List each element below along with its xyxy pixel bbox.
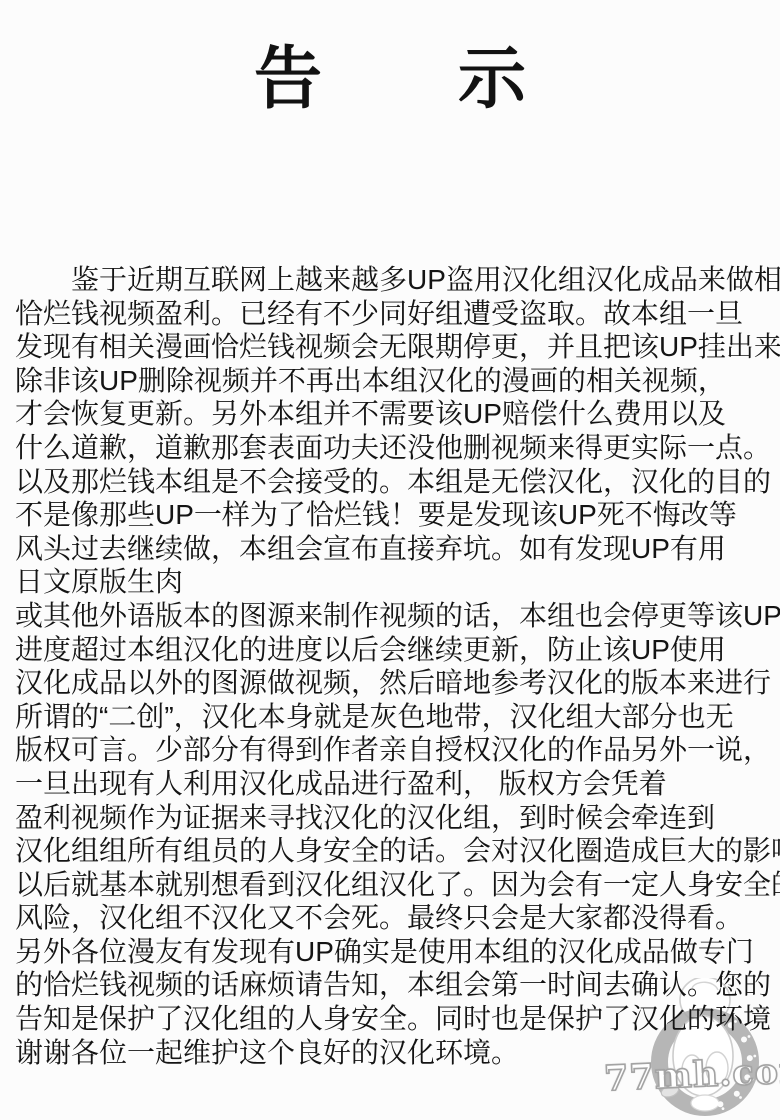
body-line: 风险，汉化组不汉化又不会死。最终只会是大家都没得看。 xyxy=(15,901,778,935)
body-line: 以及那烂钱本组是不会接受的。本组是无偿汉化，汉化的目的 xyxy=(15,465,778,499)
body-line: 谢谢各位一起维护这个良好的汉化环境。 xyxy=(15,1036,778,1070)
body-line: 所谓的“二创”，汉化本身就是灰色地带，汉化组大部分也无 xyxy=(15,700,778,734)
body-line: 汉化成品以外的图源做视频，然后暗地参考汉化的版本来进行 xyxy=(15,666,778,700)
body-line: 才会恢复更新。另外本组并不需要该UP赔偿什么费用以及 xyxy=(15,397,778,431)
notice-page: 告 示 鉴于近期互联网上越来越多UP盗用汉化组汉化成品来做相关恰烂钱视频盈利。已… xyxy=(0,0,780,1120)
body-line: 另外各位漫友有发现有UP确实是使用本组的汉化成品做专门 xyxy=(15,935,778,969)
body-line: 日文原版生肉 xyxy=(15,565,778,599)
body-line: 鉴于近期互联网上越来越多UP盗用汉化组汉化成品来做相关 xyxy=(15,263,778,297)
notice-body: 鉴于近期互联网上越来越多UP盗用汉化组汉化成品来做相关恰烂钱视频盈利。已经有不少… xyxy=(15,263,778,1069)
body-line: 的恰烂钱视频的话麻烦请告知，本组会第一时间去确认。您的 xyxy=(15,968,778,1002)
body-line: 告知是保护了汉化组的人身安全。同时也是保护了汉化的环境 xyxy=(15,1002,778,1036)
body-line: 版权可言。少部分有得到作者亲自授权汉化的作品另外一说， xyxy=(15,733,778,767)
body-line: 进度超过本组汉化的进度以后会继续更新，防止该UP使用 xyxy=(15,633,778,667)
body-line: 什么道歉，道歉那套表面功夫还没他删视频来得更实际一点。 xyxy=(15,431,778,465)
body-line: 发现有相关漫画恰烂钱视频会无限期停更，并且把该UP挂出来， xyxy=(15,330,778,364)
body-line: 一旦出现有人利用汉化成品进行盈利， 版权方会凭着 xyxy=(15,767,778,801)
body-line: 盈利视频作为证据来寻找汉化的汉化组，到时候会牵连到 xyxy=(15,801,778,835)
body-line: 除非该UP删除视频并不再出本组汉化的漫画的相关视频， xyxy=(15,364,778,398)
body-line: 汉化组组所有组员的人身安全的话。会对汉化圈造成巨大的影响， xyxy=(15,834,778,868)
body-line: 以后就基本就别想看到汉化组汉化了。因为会有一定人身安全的 xyxy=(15,868,778,902)
body-line: 恰烂钱视频盈利。已经有不少同好组遭受盗取。故本组一旦 xyxy=(15,297,778,331)
page-title: 告 示 xyxy=(0,0,780,115)
body-line: 或其他外语版本的图源来制作视频的话，本组也会停更等该UP的 xyxy=(15,599,778,633)
body-line: 风头过去继续做，本组会宣布直接弃坑。如有发现UP有用 xyxy=(15,532,778,566)
body-line: 不是像那些UP一样为了恰烂钱！要是发现该UP死不悔改等 xyxy=(15,498,778,532)
